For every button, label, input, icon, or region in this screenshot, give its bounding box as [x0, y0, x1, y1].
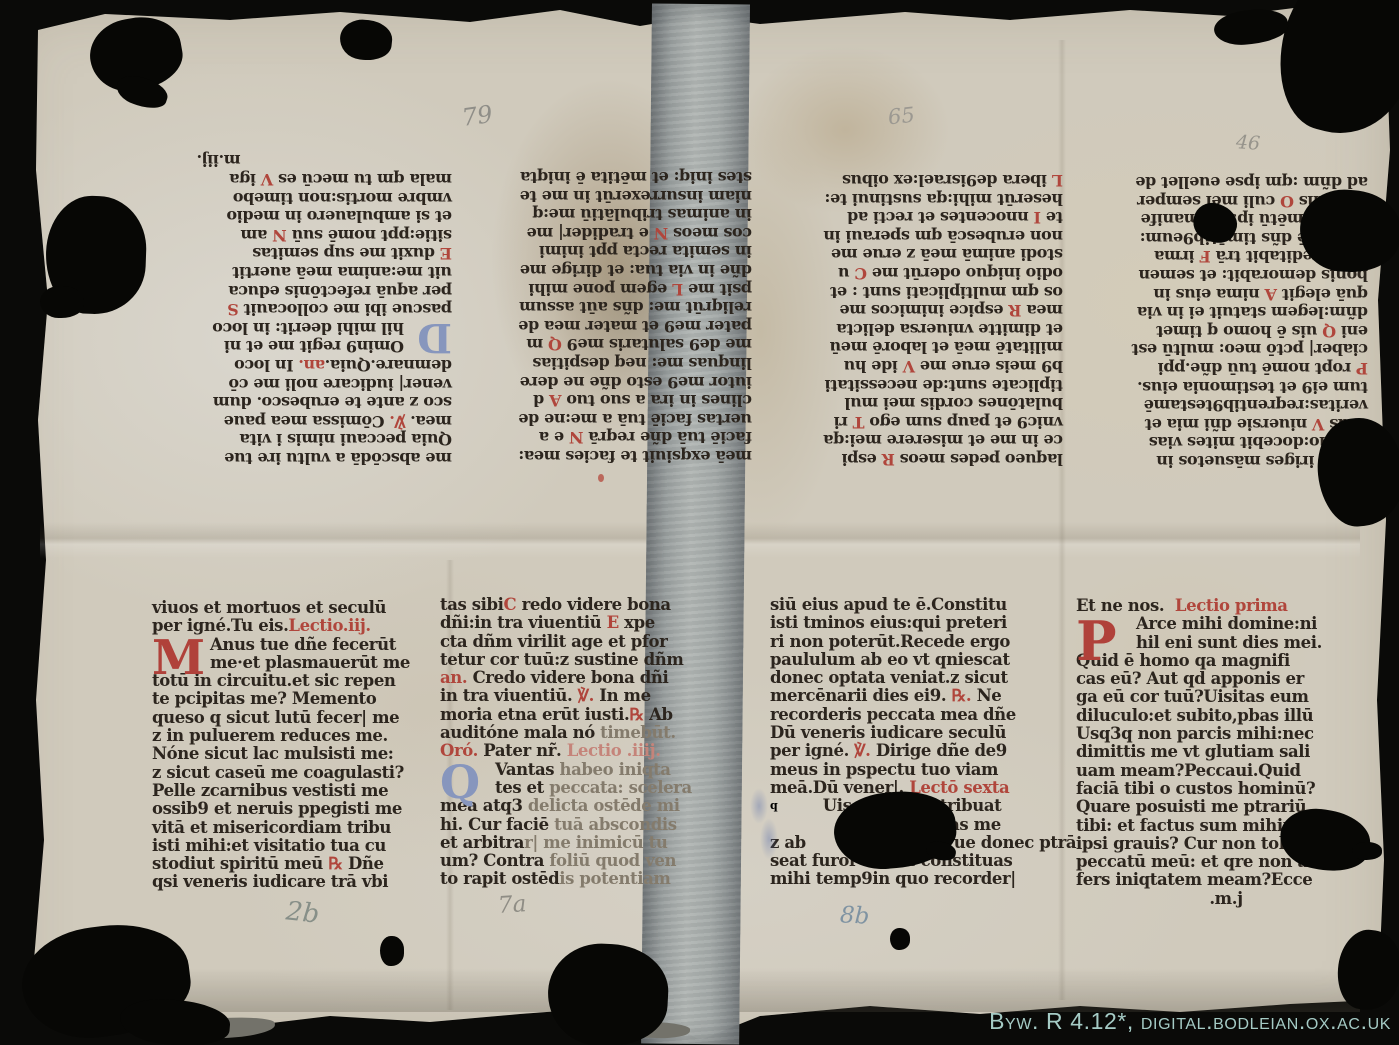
text-line: reliqrūt me: dñs aūt assum — [452, 298, 752, 317]
text-segment: m — [527, 335, 549, 354]
text-segment: sitie:ppt nomē suū — [287, 226, 452, 245]
pencil-annotation: 46 — [1235, 131, 1261, 155]
text-segment: is potentiam — [559, 869, 670, 888]
damage-hole — [40, 286, 84, 318]
text-line: mihi temp9in quo recorder| — [770, 870, 1070, 888]
text-segment: .m.j — [1209, 889, 1242, 908]
text-line: eni Q uis ē homo q timet — [1068, 321, 1368, 340]
text-line: vnic9 et paup sum ego T ri — [763, 412, 1063, 431]
text-line: ce in me et miserere mei:qa — [763, 431, 1063, 450]
text-segment: F — [1200, 247, 1211, 266]
text-segment: Usq3q non parcis mihi:nec — [1076, 724, 1314, 743]
text-line: ri non poterūt.Recede ergo — [770, 633, 1070, 651]
text-segment: L — [672, 280, 683, 299]
text-line: cta dñm virilit age et pfor — [440, 633, 740, 651]
text-line: moria etna erūt iusti.℞ Ab — [440, 706, 740, 724]
text-line: bulatōnes cordis mei mul — [763, 394, 1063, 413]
text-segment: Ne — [971, 686, 1001, 705]
text-line: bonis demorabit: et semen — [1068, 265, 1368, 284]
text-line: iutor me9 esto dñe ne dere — [452, 372, 752, 391]
text-segment: veritas:reqrentib9testamē — [1144, 396, 1368, 415]
text-segment: ℣. — [854, 741, 870, 760]
text-segment: os qm multiplicati sunt : et — [830, 283, 1063, 302]
text-segment: z sicut caseū me coagulasti? — [152, 763, 404, 782]
text-line: os qm multiplicati sunt : et — [763, 282, 1063, 301]
text-line: z in puluerem reduces me. — [152, 727, 452, 745]
text-segment: heserūt mihi:qa sustinui te: — [825, 190, 1063, 209]
text-line: Dū veneris iudicare seculū — [770, 724, 1070, 742]
text-line: per aquā refectōnis educa — [152, 281, 452, 300]
text-line: E duxit me sup semitas — [152, 244, 452, 263]
text-segment: siū eius apud te ē.Constitu — [770, 595, 1007, 614]
text-line: L ibera de9israel:ex oibus — [763, 171, 1063, 190]
text-segment: Quare posuisti me ptrariū — [1076, 797, 1306, 816]
text-segment: tum ei9 et testimonia eius. — [1137, 378, 1368, 397]
text-line: meā exqsiuit te facies mea: — [452, 446, 752, 465]
text-line: siū eius apud te ē.Constitu — [770, 596, 1070, 614]
text-segment: A — [1265, 285, 1277, 304]
text-segment: Quia peccaui nimis i vita — [240, 430, 452, 449]
text-segment: u — [838, 264, 854, 283]
text-segment: ciaber| pctō meo: multū est — [1132, 340, 1368, 359]
text-segment: b9 meis erue me — [915, 357, 1063, 376]
text-line: b9 meis erue me V ide hu — [763, 356, 1063, 375]
text-line: in animas tribulātiū me:q — [452, 205, 752, 224]
text-segment: Q — [1323, 322, 1337, 341]
text-segment: V — [903, 357, 915, 376]
text-segment: hi. Cur faciē — [440, 815, 554, 834]
text-line: meus in pspectu tuo viam — [770, 761, 1070, 779]
text-segment: N — [569, 428, 583, 447]
text-segment: In me — [594, 686, 651, 705]
text-segment: nnocentes et recti ad — [847, 208, 1034, 227]
text-line: .m.j — [1076, 890, 1376, 908]
text-line: et arbitrar| me inimicū tu — [440, 834, 740, 852]
text-segment: donec optata veniat.z sicut — [770, 668, 1008, 687]
text-segment: iutor me9 esto dñe ne dere — [520, 373, 752, 392]
text-line: militatē meā et laborē meū — [763, 338, 1063, 357]
text-segment: espice inimicos me — [840, 301, 1009, 320]
text-segment: Vantas — [495, 760, 560, 779]
illuminated-initial: Q — [440, 755, 480, 809]
text-segment: m.iij. — [197, 152, 241, 171]
text-segment: peccatū meū: et qre non au — [1076, 852, 1319, 871]
text-segment: tiplicate sunt:de necessitati — [825, 376, 1063, 395]
text-segment: dñe in via tua: et dirige me — [520, 261, 752, 280]
text-segment: eni — [1336, 322, 1368, 341]
text-segment: dñm:legem statuit ei in via — [1137, 303, 1368, 322]
text-segment: to rapit ostēd — [440, 869, 559, 888]
text-segment: in tra viuentiū. — [440, 686, 578, 705]
illuminated-initial: P — [1076, 609, 1117, 673]
text-segment: am — [241, 226, 273, 245]
text-segment: r| me inimicū tu — [524, 833, 667, 852]
text-segment: V — [261, 170, 273, 189]
text-line: dimittis me vt glutiam sali — [1076, 743, 1376, 761]
text-segment: redo videre bona — [516, 595, 670, 614]
text-line: tas sibiC redo videre bona — [440, 596, 740, 614]
text-segment: vnic9 et paup sum ego — [865, 413, 1064, 432]
text-line: linquas me: neq despitias — [452, 353, 752, 372]
text-line: clines in ira a suo tuo A d — [452, 391, 752, 410]
damage-hole — [380, 936, 404, 966]
text-segment: Q — [548, 335, 562, 354]
text-line: um? Contra foliū quod ven — [440, 852, 740, 870]
text-segment: dñi:in tra viuentiū — [440, 613, 607, 632]
text-segment: ℞. — [952, 686, 972, 705]
text-segment: Dñe — [343, 854, 384, 873]
text-line: mea atq3 delicta ostēde mi — [440, 797, 740, 815]
text-line: Omin9 regit me et ni — [152, 337, 452, 356]
text-line: faciā tibi o custos hominū? — [1076, 780, 1376, 798]
text-segment: diluculo:et subito,pbas illū — [1076, 706, 1313, 725]
text-segment: meus in pspectu tuo viam — [770, 760, 998, 779]
text-segment: tas sibi — [440, 595, 504, 614]
text-line: qsi veneris iudicare trā vbi — [152, 873, 452, 891]
text-line: demnare.Quia.an. In loco — [152, 355, 452, 374]
text-segment: N — [273, 226, 287, 245]
text-line: niam insurrexerūt in me te — [452, 186, 752, 205]
text-segment: Pater nr̃. — [478, 741, 567, 760]
text-line: tum ei9 et testimonia eius. — [1068, 377, 1368, 396]
text-line: pater me9 et mater mea de — [452, 316, 752, 335]
text-line: stodiut spiritū meū ℞ Dñe — [152, 855, 452, 873]
text-segment: tes et — [495, 778, 549, 797]
text-line: sitie:ppt nomē suū N am — [152, 225, 452, 244]
text-segment: Pelle zcarnibus vestisti me — [152, 781, 388, 800]
text-segment: ipsi grauis? Cur non tollis — [1076, 834, 1305, 853]
text-line: uertas faciē tuā a me:ne de — [452, 409, 752, 428]
text-segment: duxit me sup semitas — [253, 244, 441, 263]
text-segment: iriges māsuetos in — [1157, 452, 1320, 471]
text-segment: I — [1034, 208, 1041, 227]
text-line: Pelle zcarnibus vestisti me — [152, 782, 452, 800]
text-line: heserūt mihi:qa sustinui te: — [763, 189, 1063, 208]
text-segment: R — [882, 450, 895, 469]
text-line: z sicut caseū me coagulasti? — [152, 764, 452, 782]
text-segment: ropt nomē tuū dñe.ppi — [1158, 359, 1356, 378]
text-segment: et si ambulauero in medio — [227, 207, 452, 226]
text-segment: ide hu — [844, 357, 903, 376]
text-segment: um? Contra — [440, 851, 544, 870]
text-line: mercēnarii dies ei9. ℞. Ne — [770, 687, 1070, 705]
text-line: et si ambulauero in medio — [152, 207, 452, 226]
text-line: tes et peccata: scelera — [440, 779, 740, 797]
text-line: hil eni sunt dies mei. — [1076, 634, 1376, 652]
text-segment: d — [534, 391, 550, 410]
illuminated-initial: D — [417, 314, 452, 361]
text-segment: Nóne sicut lac mulsisti me: — [152, 744, 394, 763]
text-segment: vener| iudicare noli me cō — [229, 375, 452, 394]
text-line: ciaber| pctō meo: multū est — [1068, 340, 1368, 359]
text-line: stodi animā meā z erue me — [763, 245, 1063, 264]
text-line: pascue ibi me collocauit S — [152, 300, 452, 319]
text-line: ossib9 et neruis ppegisti me — [152, 800, 452, 818]
text-segment: et dimitte vniuersa delicta — [837, 320, 1063, 339]
text-segment: ossib9 et neruis ppegisti me — [152, 799, 402, 818]
text-line: Nóne sicut lac mulsisti me: — [152, 745, 452, 763]
text-segment: timebūt. — [600, 723, 676, 742]
text-segment: Cōmissa mea paue — [224, 412, 390, 431]
text-segment: isti tminos eius:qui preteri — [770, 613, 1007, 632]
text-segment: in animas tribulātiū me:q — [533, 205, 752, 224]
text-line: m.iij. — [152, 151, 452, 170]
text-line: paululum ab eo vt qniescat — [770, 651, 1070, 669]
text-line: te I nnocentes et recti ad — [763, 208, 1063, 227]
text-line: mala qm tu mecū es V iga — [152, 170, 452, 189]
text-segment: ad dñm :qm ipse euellet de — [1136, 173, 1368, 192]
text-line: odio iniquo oderūt me C u — [763, 263, 1063, 282]
text-segment: me abscōdā a vultu ire tue — [225, 449, 452, 468]
text-segment: e tradider| me — [527, 224, 654, 243]
pencil-annotation: 2b — [285, 896, 321, 929]
text-line: ad dñm :qm ipse euellet de — [1068, 173, 1368, 192]
text-segment: stodiut spiritū meū — [152, 854, 328, 873]
text-line: quā elegit A nima eius in — [1068, 284, 1368, 303]
text-segment: laqueo pedes meos — [895, 450, 1063, 469]
text-line: me abscōdā a vultu ire tue — [152, 448, 452, 467]
text-segment: fers iniqtatem meam?Ecce — [1076, 870, 1312, 889]
text-line: tetur cor tuū:z sustine dñm — [440, 651, 740, 669]
text-segment: Lectio prima — [1175, 596, 1288, 615]
text-line: suas V niuersie dñi mia et — [1068, 414, 1368, 433]
text-segment: habeo iniqta — [560, 760, 671, 779]
text-line: P ropt nomē tuū dñe.ppi — [1068, 358, 1368, 377]
text-line: ga eū cor tuū?Uisitas eum — [1076, 688, 1376, 706]
text-line: veritas:reqrentib9testamē — [1068, 396, 1368, 415]
text-line: Quid ē homo qa magnifi — [1076, 652, 1376, 670]
text-column-top-2: meā exqsiuit te facies mea:faciē tuā dñe… — [452, 167, 752, 465]
text-column-bottom-4: Et ne nos. Lectio primaPArce mihi domine… — [1076, 597, 1376, 926]
text-column-bottom-1: viuos et mortuos et seculūper igné.Tu ei… — [152, 599, 452, 892]
text-segment: reliqrūt me: dñs aūt assum — [520, 298, 752, 317]
text-segment: uam meam?Peccaui.Quid — [1076, 761, 1301, 780]
text-segment: mea — [1022, 301, 1063, 320]
text-segment: L — [1052, 171, 1063, 190]
text-segment: Credo videre bona dñi — [467, 668, 668, 687]
text-line: Oró. Pater nr̃. Lectio .iiij. — [440, 742, 740, 760]
text-segment: In loco — [235, 356, 299, 375]
text-segment: te — [1041, 208, 1063, 227]
text-segment: peccata: scelera — [549, 778, 692, 797]
text-segment: A — [549, 391, 561, 410]
text-line: vener| iudicare noli me cō — [152, 374, 452, 393]
text-segment: cos meos — [668, 224, 752, 243]
scanned-manuscript-sheet: me abscōdā a vultu ire tueQuia peccaui n… — [0, 0, 1399, 1045]
text-segment: linquas me: neq despitias — [533, 354, 752, 373]
text-line: non erubescā qm speraui in — [763, 226, 1063, 245]
text-line: viuos et mortuos et seculū — [152, 599, 452, 617]
text-line: per igné. ℣. Dirige dñe de9 — [770, 742, 1070, 760]
text-line: in tra viuentiū. ℣. In me — [440, 687, 740, 705]
text-segment: bulatōnes cordis mei mul — [845, 394, 1063, 413]
text-segment: z in puluerem reduces me. — [152, 726, 388, 745]
text-line: laqueo pedes meos R espi — [763, 449, 1063, 468]
text-segment: R — [1009, 301, 1022, 320]
text-column-top-1: me abscōdā a vultu ire tueQuia peccaui n… — [152, 151, 452, 467]
damage-hole — [1352, 842, 1382, 860]
text-segment: e a — [539, 428, 569, 447]
text-line: auditóne mala nó timebūt. — [440, 724, 740, 742]
text-segment: Dirige dñe de9 — [871, 741, 1007, 760]
text-segment: et arbitra — [440, 833, 524, 852]
text-line: Vantas habeo iniqta — [440, 761, 740, 779]
text-segment: ue donec ptrā — [954, 833, 1076, 852]
text-line: mea R espice inimicos me — [763, 301, 1063, 320]
text-segment: E — [607, 613, 619, 632]
text-line: uit me:anima meā auertit — [152, 262, 452, 281]
text-line: stes iniq: et mētita ē iniqta — [452, 168, 752, 187]
text-segment: hil eni sunt dies mei. — [1136, 633, 1322, 652]
text-segment: militatē meā et laborē meū — [830, 338, 1063, 357]
text-segment: O — [1280, 192, 1294, 211]
text-line: uam meam?Peccaui.Quid — [1076, 762, 1376, 780]
pencil-annotation: 65 — [887, 103, 916, 130]
blue-pigment-trace — [760, 818, 778, 860]
pencil-annotation: 8b — [839, 902, 870, 930]
text-segment: paululum ab eo vt qniescat — [770, 650, 1010, 669]
illuminated-initial: M — [152, 630, 205, 686]
text-line: sco z ante te erubesco. dum — [152, 393, 452, 412]
text-segment: ℣. — [578, 686, 594, 705]
text-segment: an. — [299, 356, 325, 375]
text-segment: mea. — [405, 412, 452, 431]
text-line: isti tminos eius:qui preteri — [770, 614, 1070, 632]
text-segment: C — [855, 264, 867, 283]
text-segment: stodi animā meā z erue me — [831, 245, 1063, 264]
text-line: dñe in via tua: et dirige me — [452, 260, 752, 279]
text-segment: foliū quod ven — [544, 851, 676, 870]
text-segment: faciē tuā dñe reqrā — [583, 428, 752, 447]
text-segment: xpe — [619, 613, 655, 632]
text-segment: me·et plasmauerūt me — [210, 653, 410, 672]
text-line: Usq3q non parcis mihi:nec — [1076, 725, 1376, 743]
text-segment: faciā tibi o custos hominū? — [1076, 779, 1315, 798]
text-line: diluculo:et subito,pbas illū — [1076, 707, 1376, 725]
text-line: hi. Cur faciē tuā abscondis — [440, 816, 740, 834]
text-segment: per igné. — [770, 741, 854, 760]
text-segment: ga eū cor tuū?Uisitas eum — [1076, 687, 1309, 706]
text-segment: hil mihi deerit: in loco — [213, 319, 404, 338]
text-line: dñi:in tra viuentiū E xpe — [440, 614, 740, 632]
text-line: vmbre mortis:non timebo — [152, 188, 452, 207]
shelfmark-caption: Byw. R 4.12*, digital.bodleian.ox.ac.uk — [989, 1008, 1391, 1035]
text-segment: non erubescā qm speraui in — [824, 227, 1063, 246]
text-segment: uit me:anima meā auertit — [232, 263, 452, 282]
red-pigment-dot — [598, 474, 604, 482]
text-segment: recorderis peccata mea dñe — [770, 705, 1016, 724]
text-segment: ibera de9israel:ex oibus — [842, 171, 1052, 190]
text-segment: N — [654, 224, 668, 243]
text-segment: T — [853, 413, 865, 432]
text-segment: ℞ — [629, 705, 643, 724]
text-segment: C — [504, 595, 517, 614]
text-segment: isti mihi:et visitatio tua cu — [152, 836, 386, 855]
text-segment: queso q sicut lutū fecer| me — [152, 708, 399, 727]
text-segment: E — [440, 244, 452, 263]
text-segment: auditóne mala nó — [440, 723, 600, 742]
text-segment: dimittis me vt glutiam sali — [1076, 742, 1310, 761]
text-segment: Anus tue dñe fecerūt — [210, 635, 396, 654]
text-line: to rapit ostēdis potentiam — [440, 870, 740, 888]
text-line: recorderis peccata mea dñe — [770, 706, 1070, 724]
text-segment: sco z ante te erubesco. dum — [213, 393, 452, 412]
text-segment: quā elegit — [1277, 285, 1368, 304]
text-line: cas eū? Aut qd apponis er — [1076, 670, 1376, 688]
text-line: Quia peccaui nimis i vita — [152, 430, 452, 449]
text-segment: nima eius in — [1154, 285, 1265, 304]
text-line: Et ne nos. Lectio prima — [1076, 597, 1376, 615]
text-line: dñm:legem statuit ei in via — [1068, 303, 1368, 322]
text-line: cos meos N e tradider| me — [452, 223, 752, 242]
text-line: et dimitte vniuersa delicta — [763, 319, 1063, 338]
text-segment: meā exqsiuit te facies mea: — [519, 447, 752, 466]
text-segment: an. — [440, 668, 467, 687]
text-segment: psit me — [683, 280, 752, 299]
text-segment: Arce mihi domine:ni — [1136, 614, 1317, 633]
text-segment: in semita recta ppt inimi — [539, 242, 752, 261]
text-segment: Lectio .iiij. — [567, 741, 661, 760]
text-segment: moria etna erūt iusti. — [440, 705, 629, 724]
text-segment: delicta ostēde mi — [528, 796, 680, 815]
text-segment: mihi temp9in quo recorder| — [770, 869, 1016, 888]
damage-hole — [890, 928, 910, 950]
text-line: in semita recta ppt inimi — [452, 242, 752, 261]
text-segment: Dū veneris iudicare seculū — [770, 723, 1006, 742]
text-segment: Lectio.iij. — [288, 616, 370, 635]
text-segment: me de9 salutaris me9 — [562, 335, 752, 354]
text-line: vitā et misericordiam tribu — [152, 819, 452, 837]
text-segment: cta dñm virilit age et pfor — [440, 632, 667, 651]
text-segment: viuos et mortuos et seculū — [152, 598, 386, 617]
text-segment: per aquā refectōnis educa — [229, 282, 452, 301]
text-segment: irma — [1154, 247, 1199, 266]
text-column-top-3: laqueo pedes meos R espice in me et mise… — [763, 170, 1063, 468]
text-line: fers iniqtatem meam?Ecce — [1076, 871, 1376, 889]
text-segment: niam insurrexerūt in me te — [520, 187, 752, 206]
text-segment: te pcipitas me? Memento — [152, 689, 376, 708]
text-line: me de9 salutaris me9 Q m — [452, 335, 752, 354]
text-segment: stes iniq: et mētita ē iniqta — [520, 168, 752, 187]
text-line: psit me L egem pone mihi — [452, 279, 752, 298]
text-segment: uertas faciē tuā a me:ne de — [519, 410, 752, 429]
text-column-bottom-2: tas sibiC redo videre bonadñi:in tra viu… — [440, 596, 740, 889]
pencil-annotation: 79 — [460, 100, 494, 132]
text-segment: Ab — [644, 705, 673, 724]
text-segment: mercēnarii dies ei9. — [770, 686, 952, 705]
text-segment: mala qm tu mecū es — [273, 170, 452, 189]
text-line: mea. ℣. Cōmissa mea paue — [152, 411, 452, 430]
text-line: isti mihi:et visitatio tua cu — [152, 837, 452, 855]
text-segment: S — [228, 300, 239, 319]
text-segment: iga — [230, 170, 262, 189]
text-segment: uis ē homo q timet — [1156, 322, 1322, 341]
text-segment: ce in me et miserere mei:qa — [824, 431, 1063, 450]
text-segment: ℞ — [328, 854, 342, 873]
text-line: an. Credo videre bona dñi — [440, 669, 740, 687]
text-segment: ri non poterūt.Recede ergo — [770, 632, 1010, 651]
text-segment: V — [1312, 415, 1324, 434]
text-line: Arce mihi domine:ni — [1076, 615, 1376, 633]
text-segment: Omin9 regit me et ni — [224, 337, 404, 356]
text-line: queso q sicut lutū fecer| me — [152, 709, 452, 727]
text-segment: P — [1356, 359, 1368, 378]
text-segment: espi — [842, 450, 882, 469]
text-segment: odio iniquo oderūt me — [867, 264, 1063, 283]
text-segment: q — [770, 799, 781, 812]
text-segment: niuersie dñi mia et — [1145, 415, 1312, 434]
text-line: hil mihi deerit: in loco — [152, 318, 452, 337]
